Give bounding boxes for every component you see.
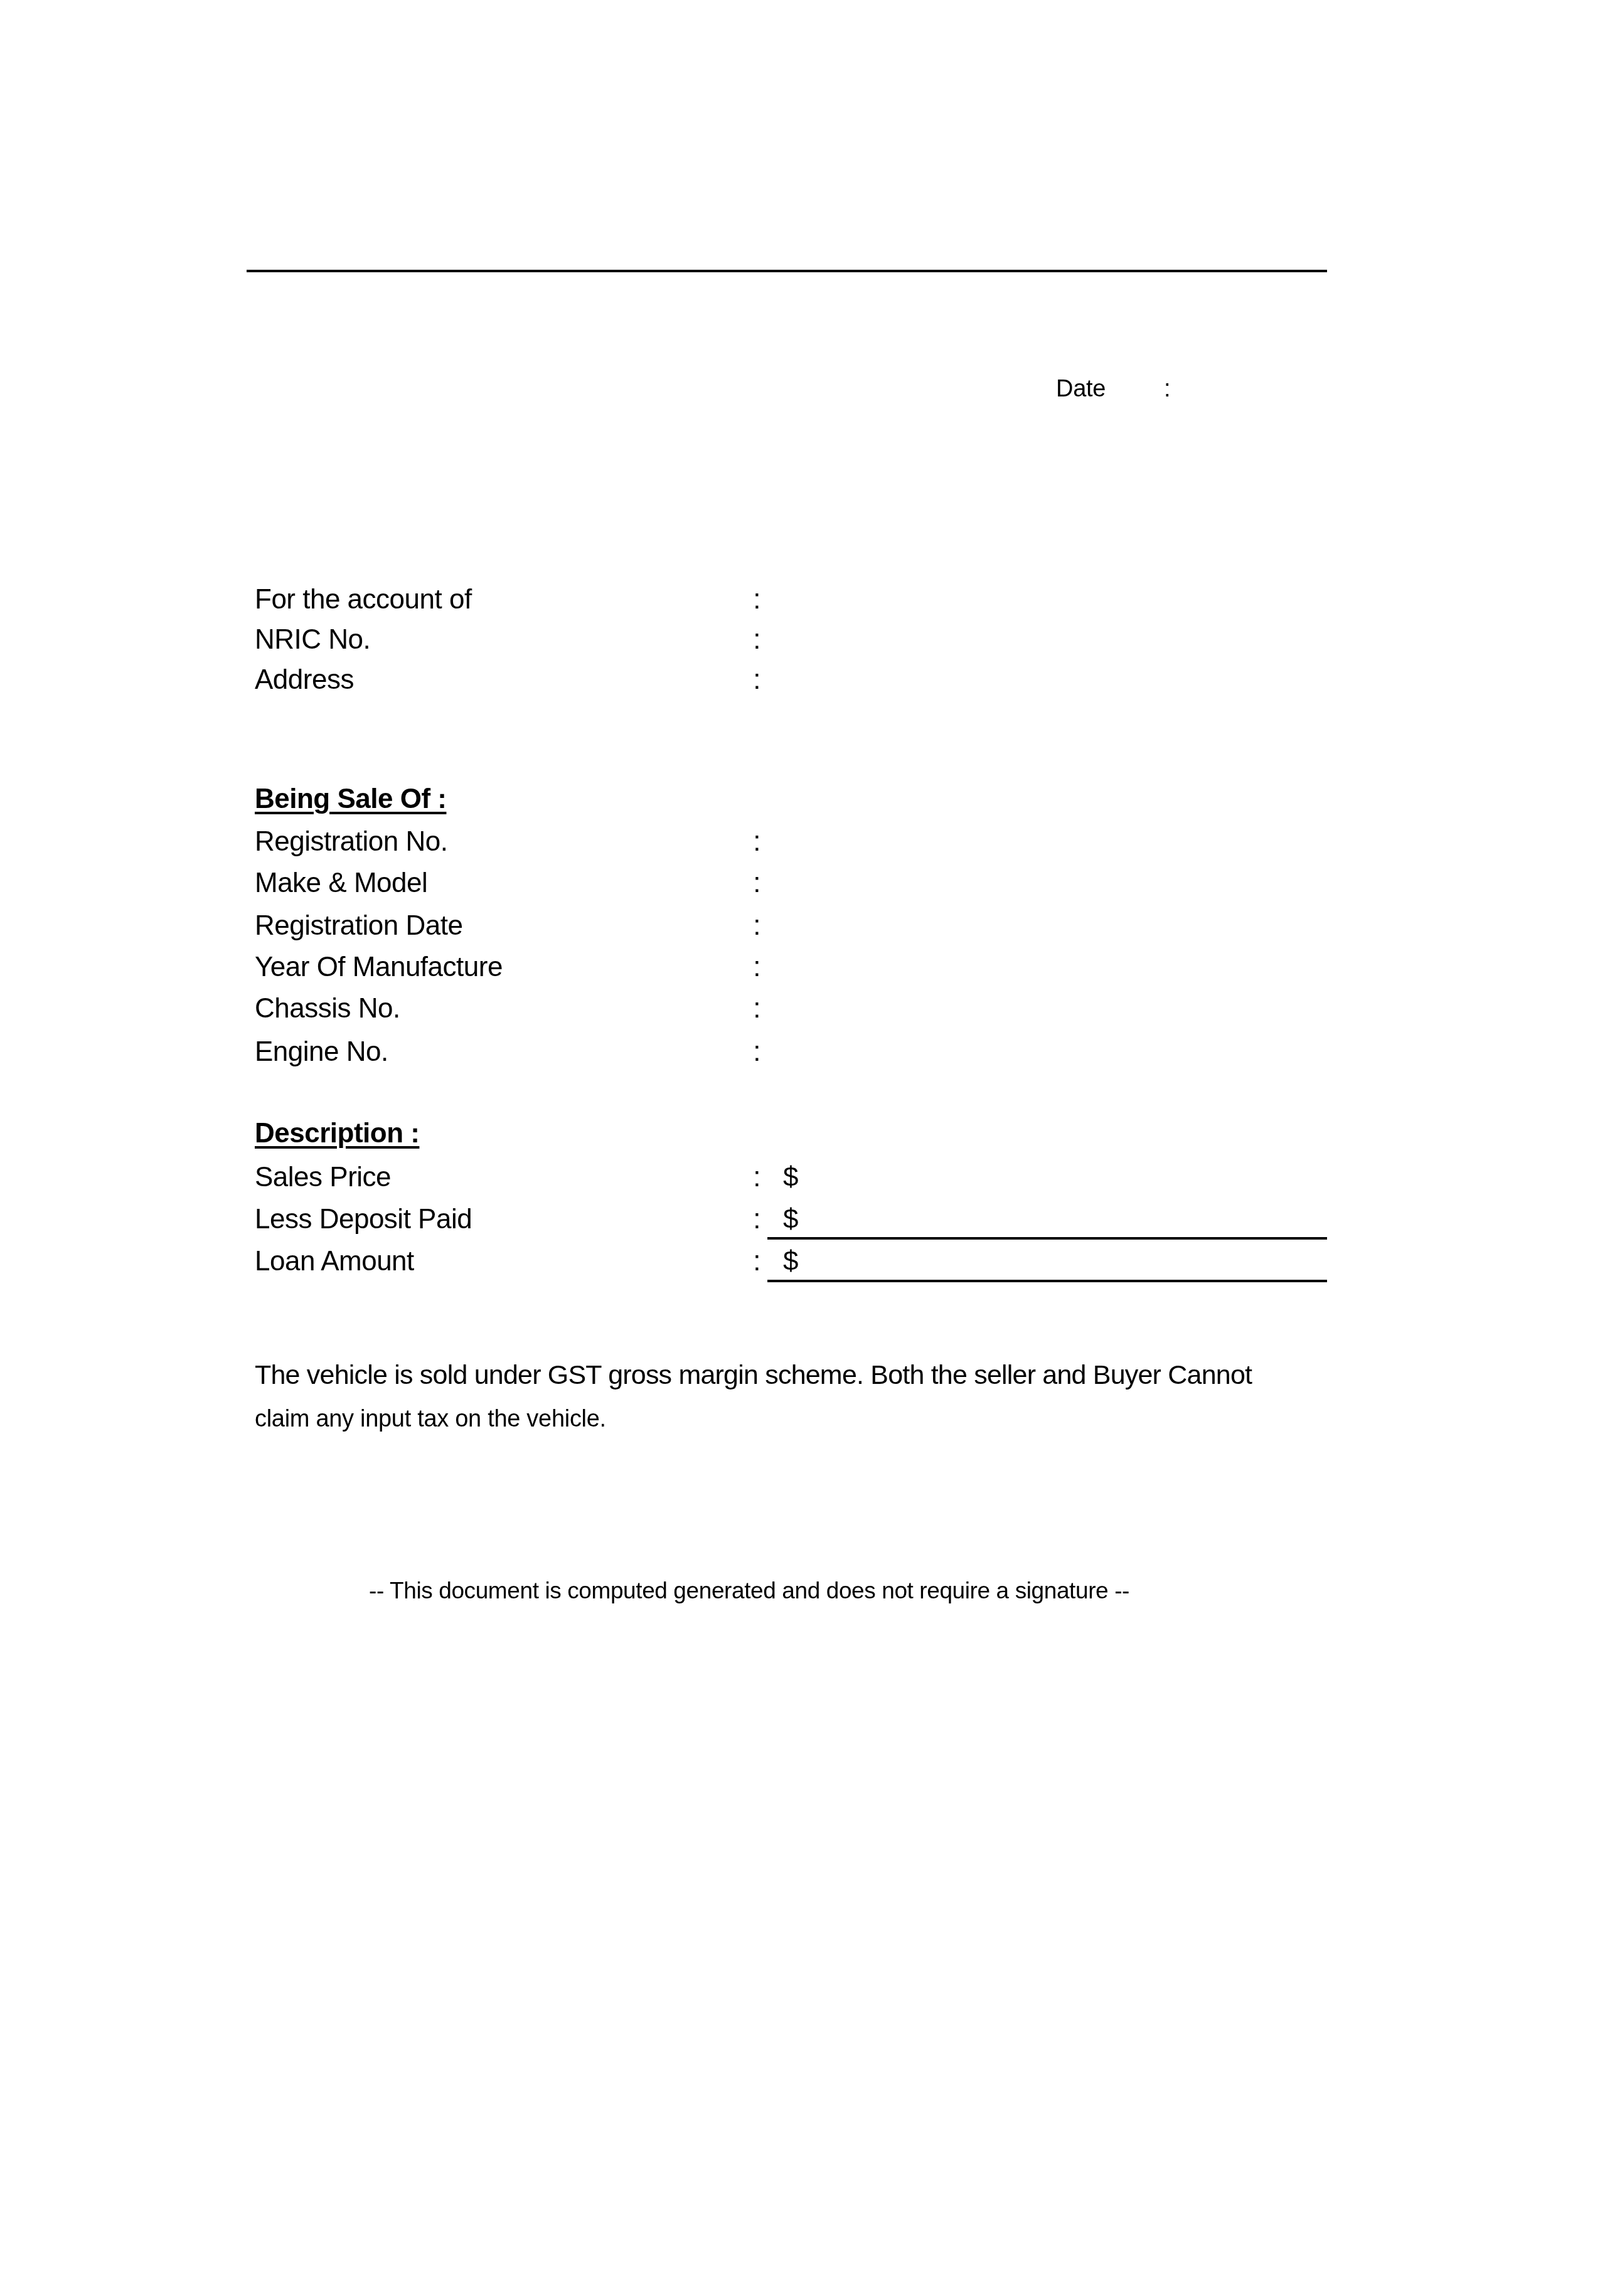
description-section-heading: Description : [255, 1117, 419, 1150]
deposit-paid-label: Less Deposit Paid [255, 1203, 472, 1236]
gst-notice-line-2: claim any input tax on the vehicle. [255, 1405, 606, 1433]
make-model-label: Make & Model [255, 867, 427, 900]
address-label: Address [255, 664, 354, 696]
address-separator: : [750, 664, 763, 696]
registration-date-separator: : [750, 910, 763, 942]
registration-date-label: Registration Date [255, 910, 462, 942]
account-of-separator: : [750, 583, 763, 616]
sales-price-separator: : [750, 1161, 763, 1194]
vehicle-section-heading: Being Sale Of : [255, 783, 446, 816]
footer-disclaimer: -- This document is computed generated a… [369, 1577, 1129, 1605]
header-divider [247, 270, 1327, 272]
registration-no-label: Registration No. [255, 826, 447, 858]
engine-no-separator: : [750, 1036, 763, 1068]
loan-amount-separator: : [750, 1245, 763, 1278]
account-of-label: For the account of [255, 583, 472, 616]
chassis-no-separator: : [750, 992, 763, 1025]
engine-no-label: Engine No. [255, 1036, 388, 1068]
registration-no-separator: : [750, 826, 763, 858]
year-of-manufacture-separator: : [750, 951, 763, 984]
make-model-separator: : [750, 867, 763, 900]
loan-amount-underline [767, 1280, 1327, 1282]
sales-price-label: Sales Price [255, 1161, 391, 1194]
loan-amount-currency: $ [783, 1245, 798, 1278]
deposit-paid-currency: $ [783, 1203, 798, 1236]
sales-price-currency: $ [783, 1161, 798, 1194]
date-separator: : [1164, 375, 1170, 403]
nric-label: NRIC No. [255, 624, 370, 656]
date-label: Date [1056, 375, 1106, 403]
deposit-paid-separator: : [750, 1203, 763, 1236]
loan-amount-label: Loan Amount [255, 1245, 414, 1278]
year-of-manufacture-label: Year Of Manufacture [255, 951, 503, 984]
deposit-paid-underline [767, 1237, 1327, 1240]
nric-separator: : [750, 624, 763, 656]
gst-notice-line-1: The vehicle is sold under GST gross marg… [255, 1359, 1252, 1391]
chassis-no-label: Chassis No. [255, 992, 400, 1025]
